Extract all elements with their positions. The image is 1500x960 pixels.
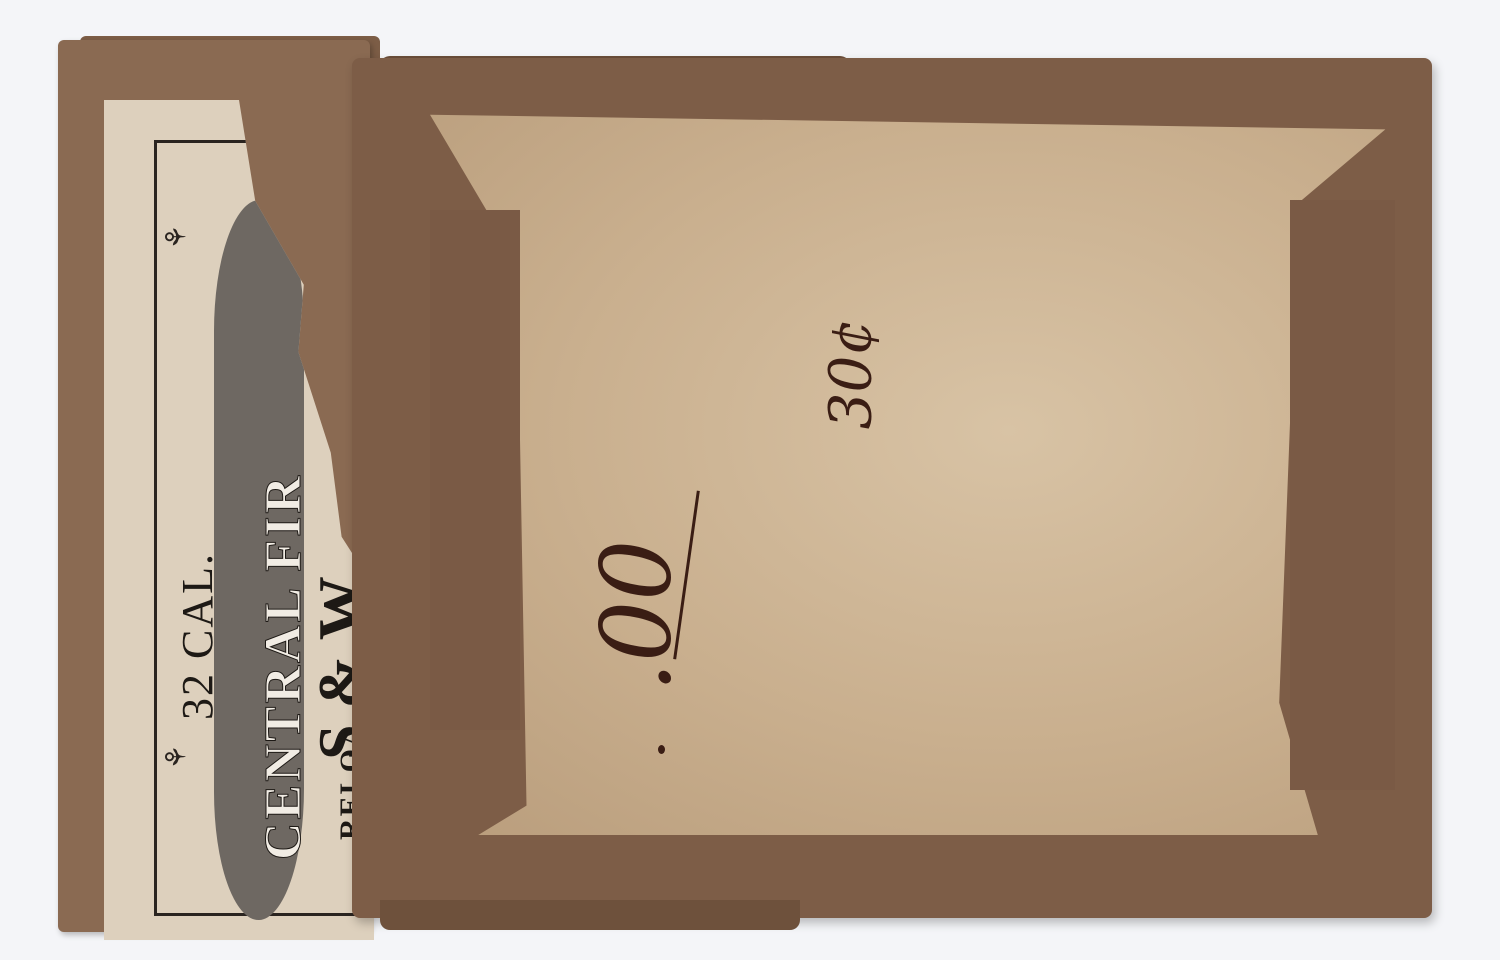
scroll-ornament-icon: ⚘ <box>160 224 194 249</box>
box-side-flap-left <box>430 210 520 730</box>
label-caliber: 32 CAL. <box>172 552 223 720</box>
box-end-panel: ⚘ ⚘ 32 CAL. CENTRAL FIR S.& W RELOA <box>58 40 370 932</box>
handwritten-dot <box>658 745 665 754</box>
box-side-flap-right <box>1290 200 1395 790</box>
box-bottom-lip <box>380 900 800 930</box>
box-paper-panel <box>430 100 1395 835</box>
handwritten-annotation: 30¢ <box>816 319 884 430</box>
handwritten-number: .00 <box>580 540 692 693</box>
scroll-ornament-icon: ⚘ <box>160 744 194 769</box>
photo-scene: ⚘ ⚘ 32 CAL. CENTRAL FIR S.& W RELOA .00 … <box>0 0 1500 960</box>
torn-paper-label: ⚘ ⚘ 32 CAL. CENTRAL FIR S.& W RELOA <box>104 100 374 940</box>
